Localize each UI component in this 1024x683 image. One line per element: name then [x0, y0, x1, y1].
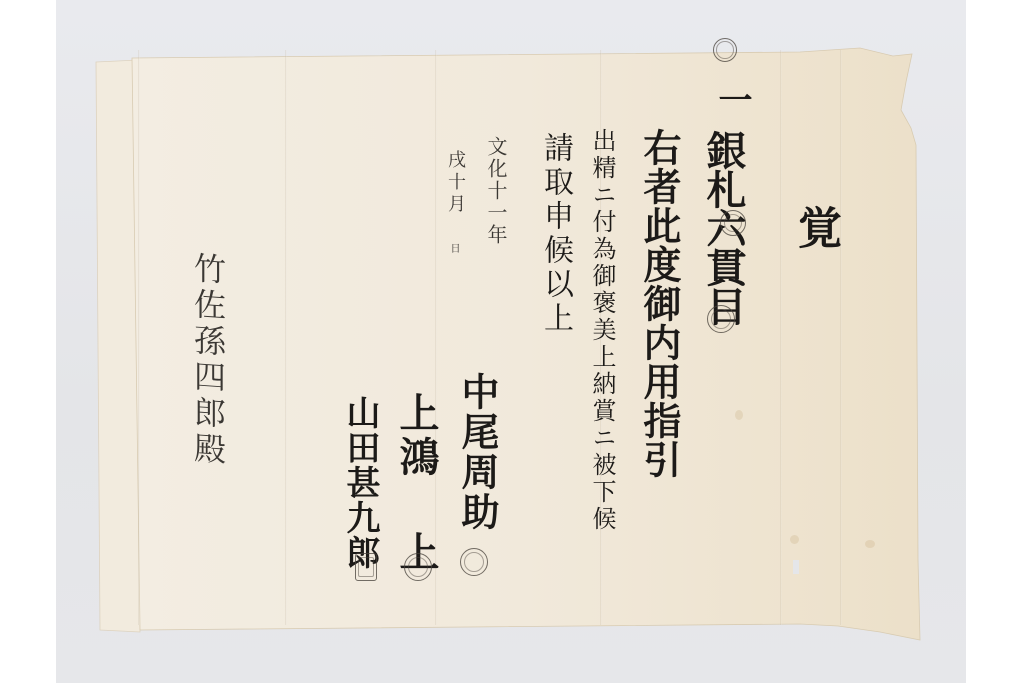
- paper-stain: [790, 535, 799, 544]
- date-era-year: 文化十一年: [486, 136, 506, 246]
- date-day-mark: 日: [448, 243, 458, 253]
- fold-line: [138, 50, 140, 625]
- paper-stain: [865, 540, 875, 548]
- paper-hole: [793, 560, 799, 574]
- signatory-name: 上鴻 上: [396, 392, 436, 575]
- seal-stamp-top: [713, 38, 737, 62]
- body-line-1: 右者此度御内用指引: [640, 128, 678, 479]
- heading: 覚: [793, 205, 837, 249]
- item-marker: 一: [715, 82, 749, 116]
- document-paper: [0, 0, 1024, 683]
- fold-line: [840, 50, 842, 625]
- body-line-3: 請取申候以上: [540, 132, 570, 336]
- signatory-seal: [355, 553, 377, 581]
- fold-line: [285, 50, 287, 625]
- fold-line: [780, 50, 782, 625]
- seal-stamp: [720, 210, 746, 236]
- paper-stain: [735, 410, 743, 420]
- seal-stamp: [707, 305, 735, 333]
- signatory-seal: [404, 553, 432, 581]
- date-month: 戌十月: [446, 150, 464, 216]
- signatory-seal: [460, 548, 488, 576]
- signatory-name: 中尾周助: [458, 372, 496, 532]
- body-line-2: 出精ニ付為御褒美上納賞ニ被下候: [590, 128, 614, 533]
- signatory-name: 山田甚九郎: [343, 395, 377, 570]
- addressee: 竹佐孫四郎殿: [192, 251, 224, 469]
